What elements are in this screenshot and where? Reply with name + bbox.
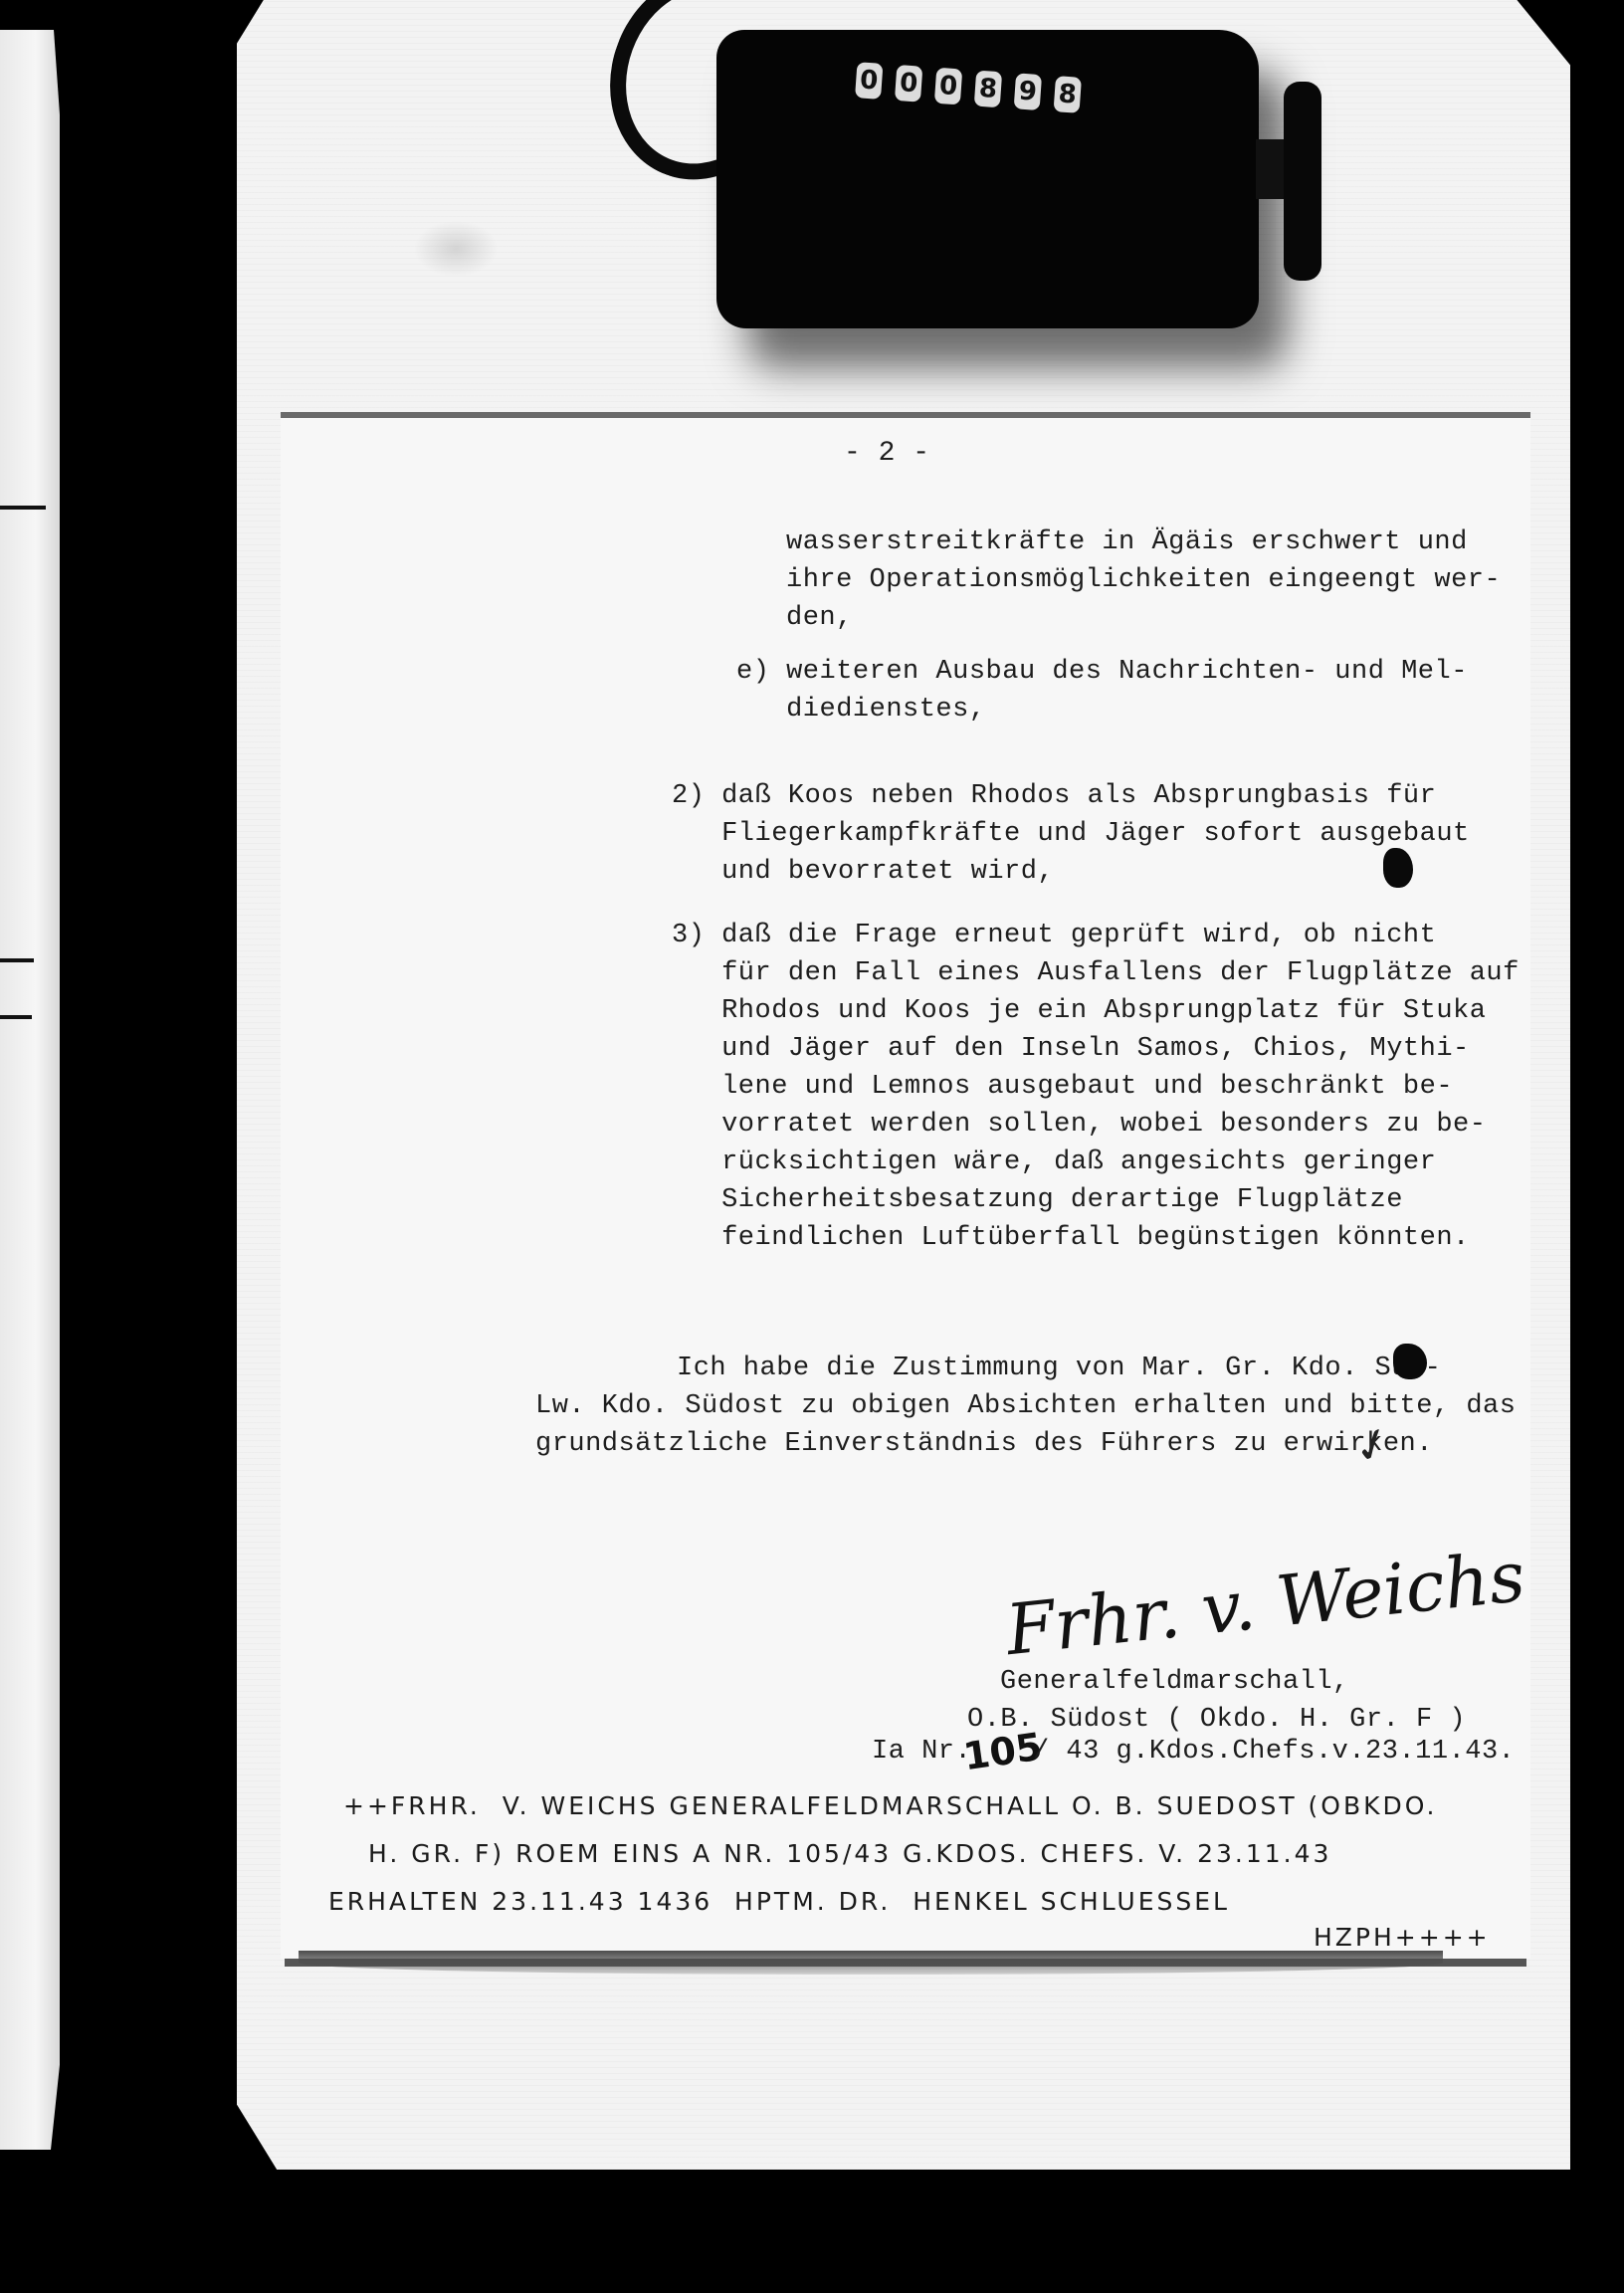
signature-title: Generalfeldmarschall,	[1000, 1667, 1349, 1697]
list-item-e-cont: diedienstes,	[736, 695, 986, 725]
list-item-e: e) weiteren Ausbau des Nachrichten- und …	[736, 657, 1468, 687]
counter-digit: 8	[974, 71, 1002, 108]
frame-counter-digits: 0 0 0 8 9 8	[855, 62, 1082, 113]
list-item-3-cont: Rhodos und Koos je ein Absprungplatz für…	[672, 996, 1486, 1026]
list-item-3-cont: vorratet werden sollen, wobei besonders …	[672, 1110, 1486, 1140]
list-item-3: 3) daß die Frage erneut geprüft wird, ob…	[672, 921, 1436, 950]
sheet-bottom-shadow	[299, 1951, 1443, 1975]
counter-digit: 0	[934, 68, 962, 105]
list-item-3-cont: lene und Lemnos ausgebaut und beschränkt…	[672, 1072, 1453, 1102]
signature-org: O.B. Südost ( Okdo. H. Gr. F )	[967, 1705, 1466, 1735]
list-item-3-cont: und Jäger auf den Inseln Samos, Chios, M…	[672, 1034, 1470, 1064]
counter-digit: 9	[1014, 73, 1042, 110]
counter-digit: 8	[1054, 76, 1082, 113]
teletype-line: H. GR. F) ROEM EINS A NR. 105/43 G.KDOS.…	[368, 1839, 1331, 1868]
list-item-3-cont: für den Fall eines Ausfallens der Flugpl…	[672, 958, 1520, 988]
teletype-line: ERHALTEN 23.11.43 1436 HPTM. DR. HENKEL …	[328, 1887, 1230, 1916]
body-line: ihre Operationsmöglichkeiten eingeengt w…	[786, 565, 1501, 595]
list-item-2-cont: und bevorratet wird,	[672, 857, 1054, 887]
frame-counter-device: 0 0 0 8 9 8	[716, 30, 1259, 328]
counter-knob	[1284, 82, 1321, 281]
adjacent-page-mark	[0, 1015, 32, 1019]
page-number: - 2 -	[844, 438, 930, 469]
closing-line: grundsätzliche Einverständnis des Führer…	[535, 1429, 1433, 1459]
ink-blot	[1383, 848, 1413, 888]
ink-blot	[1393, 1344, 1427, 1379]
teletype-line: HZPH++++	[1314, 1923, 1491, 1952]
list-item-3-cont: feindlichen Luftüberfall begünstigen kön…	[672, 1223, 1470, 1253]
body-line: wasserstreitkräfte in Ägäis erschwert un…	[786, 527, 1468, 557]
closing-line: Ich habe die Zustimmung von Mar. Gr. Kdo…	[677, 1354, 1441, 1383]
adjacent-page-edge	[0, 30, 60, 2150]
reference-prefix: Ia Nr.	[872, 1737, 971, 1767]
counter-digit: 0	[895, 65, 922, 103]
teletype-line: ++FRHR. V. WEICHS GENERALFELDMARSCHALL O…	[343, 1791, 1437, 1820]
adjacent-page-mark	[0, 958, 34, 962]
list-item-3-cont: Sicherheitsbesatzung derartige Flugplätz…	[672, 1185, 1403, 1215]
body-line: den,	[786, 603, 853, 633]
reference-suffix: / 43 g.Kdos.Chefs.v.23.11.43.	[1033, 1737, 1515, 1767]
counter-digit: 0	[855, 62, 883, 100]
adjacent-page-mark	[0, 506, 46, 510]
list-item-2-cont: Fliegerkampfkräfte und Jäger sofort ausg…	[672, 819, 1470, 849]
list-item-2: 2) daß Koos neben Rhodos als Absprungbas…	[672, 781, 1436, 811]
list-item-3-cont: rücksichtigen wäre, daß angesichts gerin…	[672, 1147, 1436, 1177]
